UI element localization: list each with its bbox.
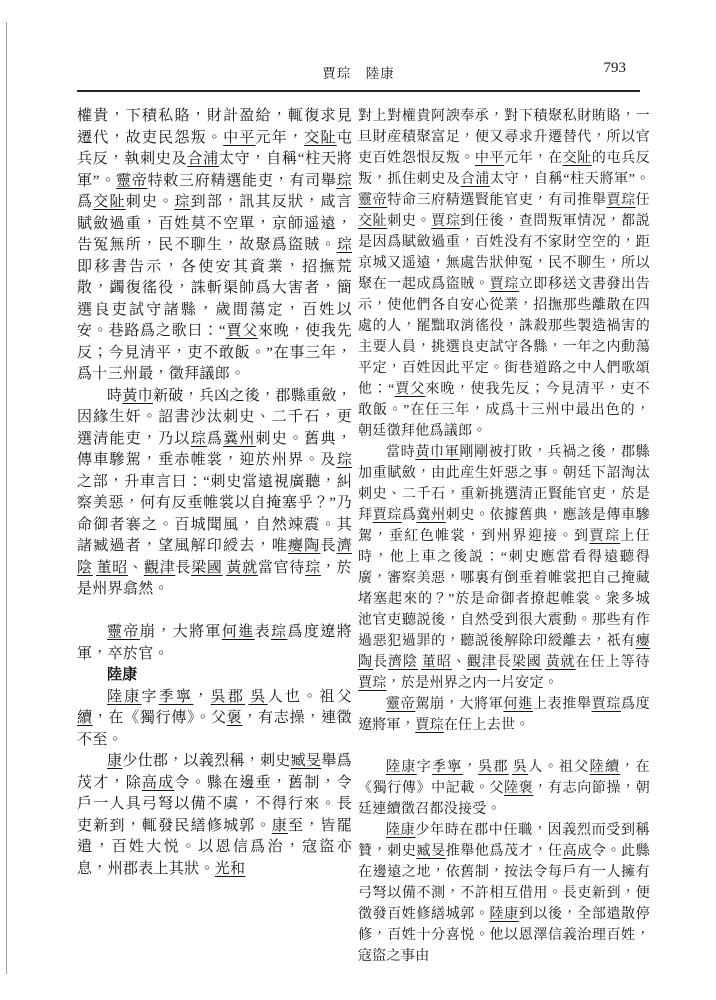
proper-noun-underlined: 賈琮 (373, 508, 402, 523)
text-run: 陸康 (107, 667, 138, 683)
paragraph: 權貴，下積私賂，財計盈給，輒復求見遷代，故吏民怨叛。中平元年，交阯屯兵反，執刺史… (77, 106, 352, 386)
proper-noun-underlined: 褒 (227, 710, 243, 726)
scan-page-edge-line (6, 22, 7, 974)
proper-noun-underlined: 濟陰 (388, 655, 418, 670)
text-run: 特敕三府精選能吏，有司舉 (147, 173, 336, 189)
proper-noun-underlined: 交阯 (358, 214, 387, 229)
paragraph: 當時黃巾軍剛剛被打敗，兵禍之後，郡縣加重賦斂，由此産生奸惡之事。朝廷下詔淘汰刺史… (358, 442, 650, 694)
proper-noun-underlined: 陸褒 (504, 781, 533, 796)
text-run: 上表推舉 (533, 697, 592, 712)
text-run: 少仕郡，以義烈稱，刺史 (122, 753, 290, 769)
proper-noun-underlined: 癭陶 (288, 538, 320, 554)
text-run: ， (193, 689, 210, 705)
proper-noun-underlined: 琮 (174, 194, 190, 210)
proper-noun-underlined: 賈父 (395, 382, 426, 397)
text-run: 立即移送文書發出告示，使他們各自安心從業，招撫那些離散在四處的人，罷黜取消徭役，… (358, 277, 650, 397)
text-run: 崩，大將軍 (140, 624, 222, 640)
paragraph: 靈帝崩，大將軍何進表琮爲度遼將軍，卒於官。 (77, 622, 352, 665)
text-run: 駕崩，大將軍 (415, 697, 503, 712)
proper-noun-underlined: 黃巾 (122, 388, 153, 404)
proper-noun-underlined: 陸康 (386, 760, 417, 775)
proper-noun-underlined: 黃就 (545, 655, 576, 670)
proper-noun-underlined: 黃就 (226, 560, 258, 576)
scanned-book-page: { "header": { "title": "賈琮 陸康", "page_nu… (0, 0, 716, 1000)
proper-noun-underlined: 琮 (337, 452, 352, 468)
proper-noun-underlined: 吳 (248, 689, 267, 705)
proper-noun-underlined: 冀州 (223, 431, 255, 447)
text-run: 任 (636, 193, 650, 208)
text-run: 太守，自稱“柱天將軍”。 (490, 172, 650, 187)
text-run: 元年， (256, 130, 305, 146)
text-run: 元年，在 (504, 151, 562, 166)
paragraph: 陸康字季寧，吳郡 吳人。祖父陸續，在《獨行傳》中記載。父陸褒，有志向節操，朝廷連… (358, 757, 650, 820)
text-run: 在任上去世。 (444, 718, 530, 733)
proper-noun-underlined: 琮 (305, 560, 321, 576)
paragraph: 對上對權貴阿諛奉承，對下積聚私財賄賂，一旦財産積聚富足，便又尋求升遷替代，所以官… (358, 106, 650, 442)
proper-noun-underlined: 靈帝 (107, 624, 140, 640)
proper-noun-underlined: 觀津 (144, 560, 176, 576)
proper-noun-underlined: 康 (107, 753, 122, 769)
proper-noun-underlined: 陸續 (590, 760, 621, 775)
proper-noun-underlined: 賈琮 (589, 529, 620, 544)
proper-noun-underlined: 賈父 (226, 323, 258, 339)
proper-noun-underlined: 臧旻 (291, 753, 322, 769)
text-run: 長 (497, 655, 512, 670)
proper-noun-underlined: 靈帝 (386, 697, 415, 712)
proper-noun-underlined: 陸康 (107, 689, 142, 705)
text-run: 表 (255, 624, 271, 640)
paragraph: 時黃巾新破，兵凶之後，郡縣重斂，因緣生奸。詔書沙汰刺史、二千石，更選清能吏，乃以… (77, 386, 352, 601)
text-run: 在任上等待 (576, 655, 650, 670)
page-number: 793 (604, 60, 627, 77)
page-header: 賈琮 陸康 793 (77, 60, 640, 82)
proper-noun-underlined: 琮 (337, 173, 352, 189)
text-run: 爲 (402, 508, 417, 523)
proper-noun-underlined: 高成 (563, 844, 592, 859)
proper-noun-underlined: 交阯 (563, 151, 592, 166)
text-run: 刺史。 (387, 214, 431, 229)
proper-noun-underlined: 臧旻 (416, 844, 445, 859)
proper-noun-underlined: 黃巾軍 (415, 445, 459, 460)
paragraph: 靈帝駕崩，大將軍何進上表推舉賈琮爲度遼將軍，賈琮在任上去世。 (358, 694, 650, 736)
proper-noun-underlined: 吳 (512, 760, 528, 775)
proper-noun-underlined: 靈帝 (116, 173, 148, 189)
proper-noun-underlined: 靈帝 (358, 193, 387, 208)
proper-noun-underlined: 琮 (191, 431, 207, 447)
proper-noun-underlined: 陸康 (386, 823, 415, 838)
proper-noun-underlined: 賈琮 (415, 718, 444, 733)
column-translation-text: 對上對權貴阿諛奉承，對下積聚私財賄賂，一旦財産積聚富足，便又尋求升遷替代，所以官… (358, 106, 650, 967)
proper-noun-underlined: 何進 (504, 697, 533, 712)
proper-noun-underlined: 季寧 (159, 689, 194, 705)
proper-noun-underlined: 季寧 (432, 760, 463, 775)
proper-noun-underlined: 梁國 (191, 560, 223, 576)
proper-noun-underlined: 冀州 (416, 508, 445, 523)
text-run: 當時 (386, 445, 415, 460)
text-run: 字 (142, 689, 159, 705)
text-run: ， (463, 760, 478, 775)
paragraph: 康少仕郡，以義烈稱，刺史臧旻舉爲茂才，除高成令。縣在邊垂，舊制，令户一人具弓弩以… (77, 751, 352, 880)
text-run: 爲 (207, 431, 223, 447)
proper-noun-underlined: 續 (77, 710, 93, 726)
proper-noun-underlined: 高成 (142, 775, 174, 791)
text-run: 時 (107, 388, 122, 404)
proper-noun-underlined: 賈琮 (358, 676, 387, 691)
text-run: 上任時，他上車之後説：“刺史應當看得遠聽得廣，審察美惡，哪裏有倒垂着帷裳把自己掩… (358, 529, 650, 649)
proper-noun-underlined: 吳郡 (211, 689, 246, 705)
proper-noun-underlined: 董昭 (96, 560, 128, 576)
text-run: 長 (320, 538, 336, 554)
section-heading: 陸康 (77, 665, 352, 687)
text-run: 長 (175, 560, 191, 576)
proper-noun-underlined: 賈琮 (606, 193, 635, 208)
proper-noun-underlined: 何進 (222, 624, 255, 640)
proper-noun-underlined: 交阯 (304, 130, 336, 146)
paragraph: 陸康字季寧，吳郡 吳人也。祖父續，在《獨行傳》。父褒，有志操，連徵不至。 (77, 687, 352, 752)
text-run: 爲 (77, 194, 93, 210)
proper-noun-underlined: 觀津 (467, 655, 497, 670)
running-title: 賈琮 陸康 (77, 62, 640, 82)
text-run: 人也。祖父 (268, 689, 352, 705)
text-run: 長 (373, 655, 388, 670)
text-run: ，於是州界之内一片安定。 (387, 676, 559, 691)
text-run: ，在《獨行傳》。父 (93, 710, 227, 726)
header-rule (77, 90, 640, 92)
text-run: 字 (417, 760, 432, 775)
proper-noun-underlined: 吳郡 (478, 760, 509, 775)
proper-noun-underlined: 光和 (215, 861, 246, 877)
proper-noun-underlined: 琮 (271, 624, 287, 640)
proper-noun-underlined: 中平 (475, 151, 504, 166)
text-body: 權貴，下積私賂，財計盈給，輒復求見遷代，故吏民怨叛。中平元年，交阯屯兵反，執刺史… (77, 106, 650, 967)
proper-noun-underlined: 梁國 (512, 655, 542, 670)
text-run: 人。祖父 (528, 760, 589, 775)
proper-noun-underlined: 中平 (223, 130, 255, 146)
text-run: 、 (128, 560, 144, 576)
text-run: 特命三府精選賢能官吏，有司推舉 (387, 193, 606, 208)
proper-noun-underlined: 琮 (337, 237, 352, 253)
proper-noun-underlined: 賈琮 (592, 697, 621, 712)
proper-noun-underlined: 董昭 (421, 655, 452, 670)
proper-noun-underlined: 合浦 (187, 151, 219, 167)
proper-noun-underlined: 康 (272, 818, 288, 834)
proper-noun-underlined: 賈琮 (490, 277, 519, 292)
text-run: 刺史。 (126, 194, 175, 210)
proper-noun-underlined: 合浦 (461, 172, 490, 187)
proper-noun-underlined: 陸康 (490, 907, 519, 922)
column-classical-text: 權貴，下積私賂，財計盈給，輒復求見遷代，故吏民怨叛。中平元年，交阯屯兵反，執刺史… (77, 106, 352, 967)
text-run: 當官待 (258, 560, 305, 576)
paragraph: 陸康少年時在郡中任職，因義烈而受到稱贊，刺史臧旻推舉他爲茂才，任高成令。此縣在邊… (358, 820, 650, 967)
text-run: 推舉他爲茂才，任 (446, 844, 563, 859)
text-run: 、 (452, 655, 467, 670)
proper-noun-underlined: 交阯 (93, 194, 125, 210)
proper-noun-underlined: 賈琮 (431, 214, 460, 229)
